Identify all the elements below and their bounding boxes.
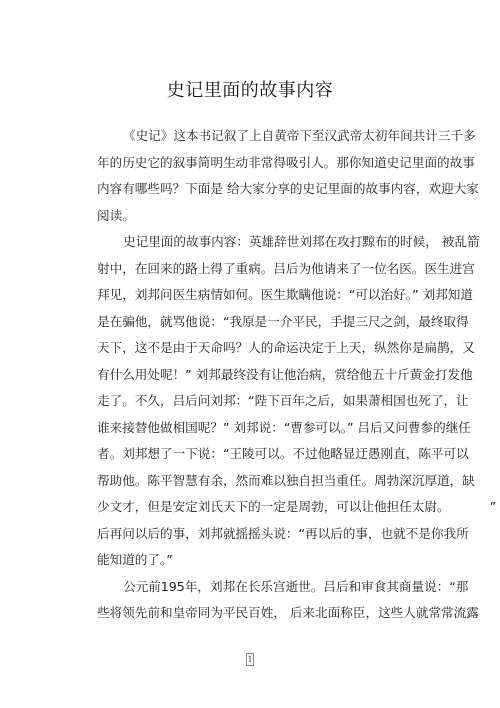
- text-line: 后再问以后的事，刘邦就摇摇头说：“再以后的事，也就不是你我所: [97, 521, 409, 548]
- text-line: 天下，这不是由于天命吗？人的命运决定于上天，纵然你是扁鹊，又: [97, 335, 409, 362]
- text-line: 内容有哪些吗？下面是 给大家分享的史记里面的故事内容，欢迎大家: [97, 176, 409, 203]
- text-line: 帮助他。陈平智慧有余，然而难以独自担当重任。周勃深沉厚道，缺: [97, 468, 409, 495]
- text-line: 些将领先前和皇帝同为平民百姓， 后来北面称臣，这些人就常常流露: [97, 600, 409, 627]
- text-line: 《史记》这本书记叙了上自黄帝下至汉武帝太初年间共计三千多: [97, 123, 409, 150]
- text-line: 拜见，刘邦问医生病情如何。医生欺瞒他说：“可以治好。” 刘邦知道: [97, 282, 409, 309]
- text-line: 少文才，但是安定刘氏天下的一定是周勃，可以让他担任太尉。 ” 吕: [97, 494, 409, 521]
- text-line: 者。刘邦想了一下说：“王陵可以。不过他略显迂愚刚直，陈平可以: [97, 441, 409, 468]
- text-line: 有什么用处呢！” 刘邦最终没有让他治病，赏给他五十斤黄金打发他: [97, 362, 409, 389]
- text-line: 年的历史它的叙事简明生动非常得吸引人。那你知道史记里面的故事: [97, 150, 409, 177]
- text-line: 阅读。: [97, 203, 409, 230]
- text-line: 能知道的了。”: [97, 547, 409, 574]
- document-title: 史记里面的故事内容: [0, 76, 500, 102]
- document-body: 《史记》这本书记叙了上自黄帝下至汉武帝太初年间共计三千多 年的历史它的叙事简明生…: [97, 123, 409, 627]
- text-line: 走了。不久，吕后问刘邦：“陛下百年之后，如果萧相国也死了，让: [97, 388, 409, 415]
- text-line: 射中，在回来的路上得了重病。吕后为他请来了一位名医。医生进宫: [97, 256, 409, 283]
- text-line: 是在骗他，就骂他说：“我原是一介平民，手提三尺之剑，最终取得: [97, 309, 409, 336]
- document-page: 史记里面的故事内容 《史记》这本书记叙了上自黄帝下至汉武帝太初年间共计三千多 年…: [0, 0, 500, 708]
- text-line: 史记里面的故事内容：英雄辞世刘邦在攻打黥布的时候， 被乱箭: [97, 229, 409, 256]
- page-number: 1: [246, 653, 254, 666]
- text-line: 公元前195年，刘邦在长乐宫逝世。吕后和审食其商量说：“那: [97, 574, 409, 601]
- text-line: 谁来接替他做相国呢？” 刘邦说：“曹参可以。” 吕后又问曹参的继任: [97, 415, 409, 442]
